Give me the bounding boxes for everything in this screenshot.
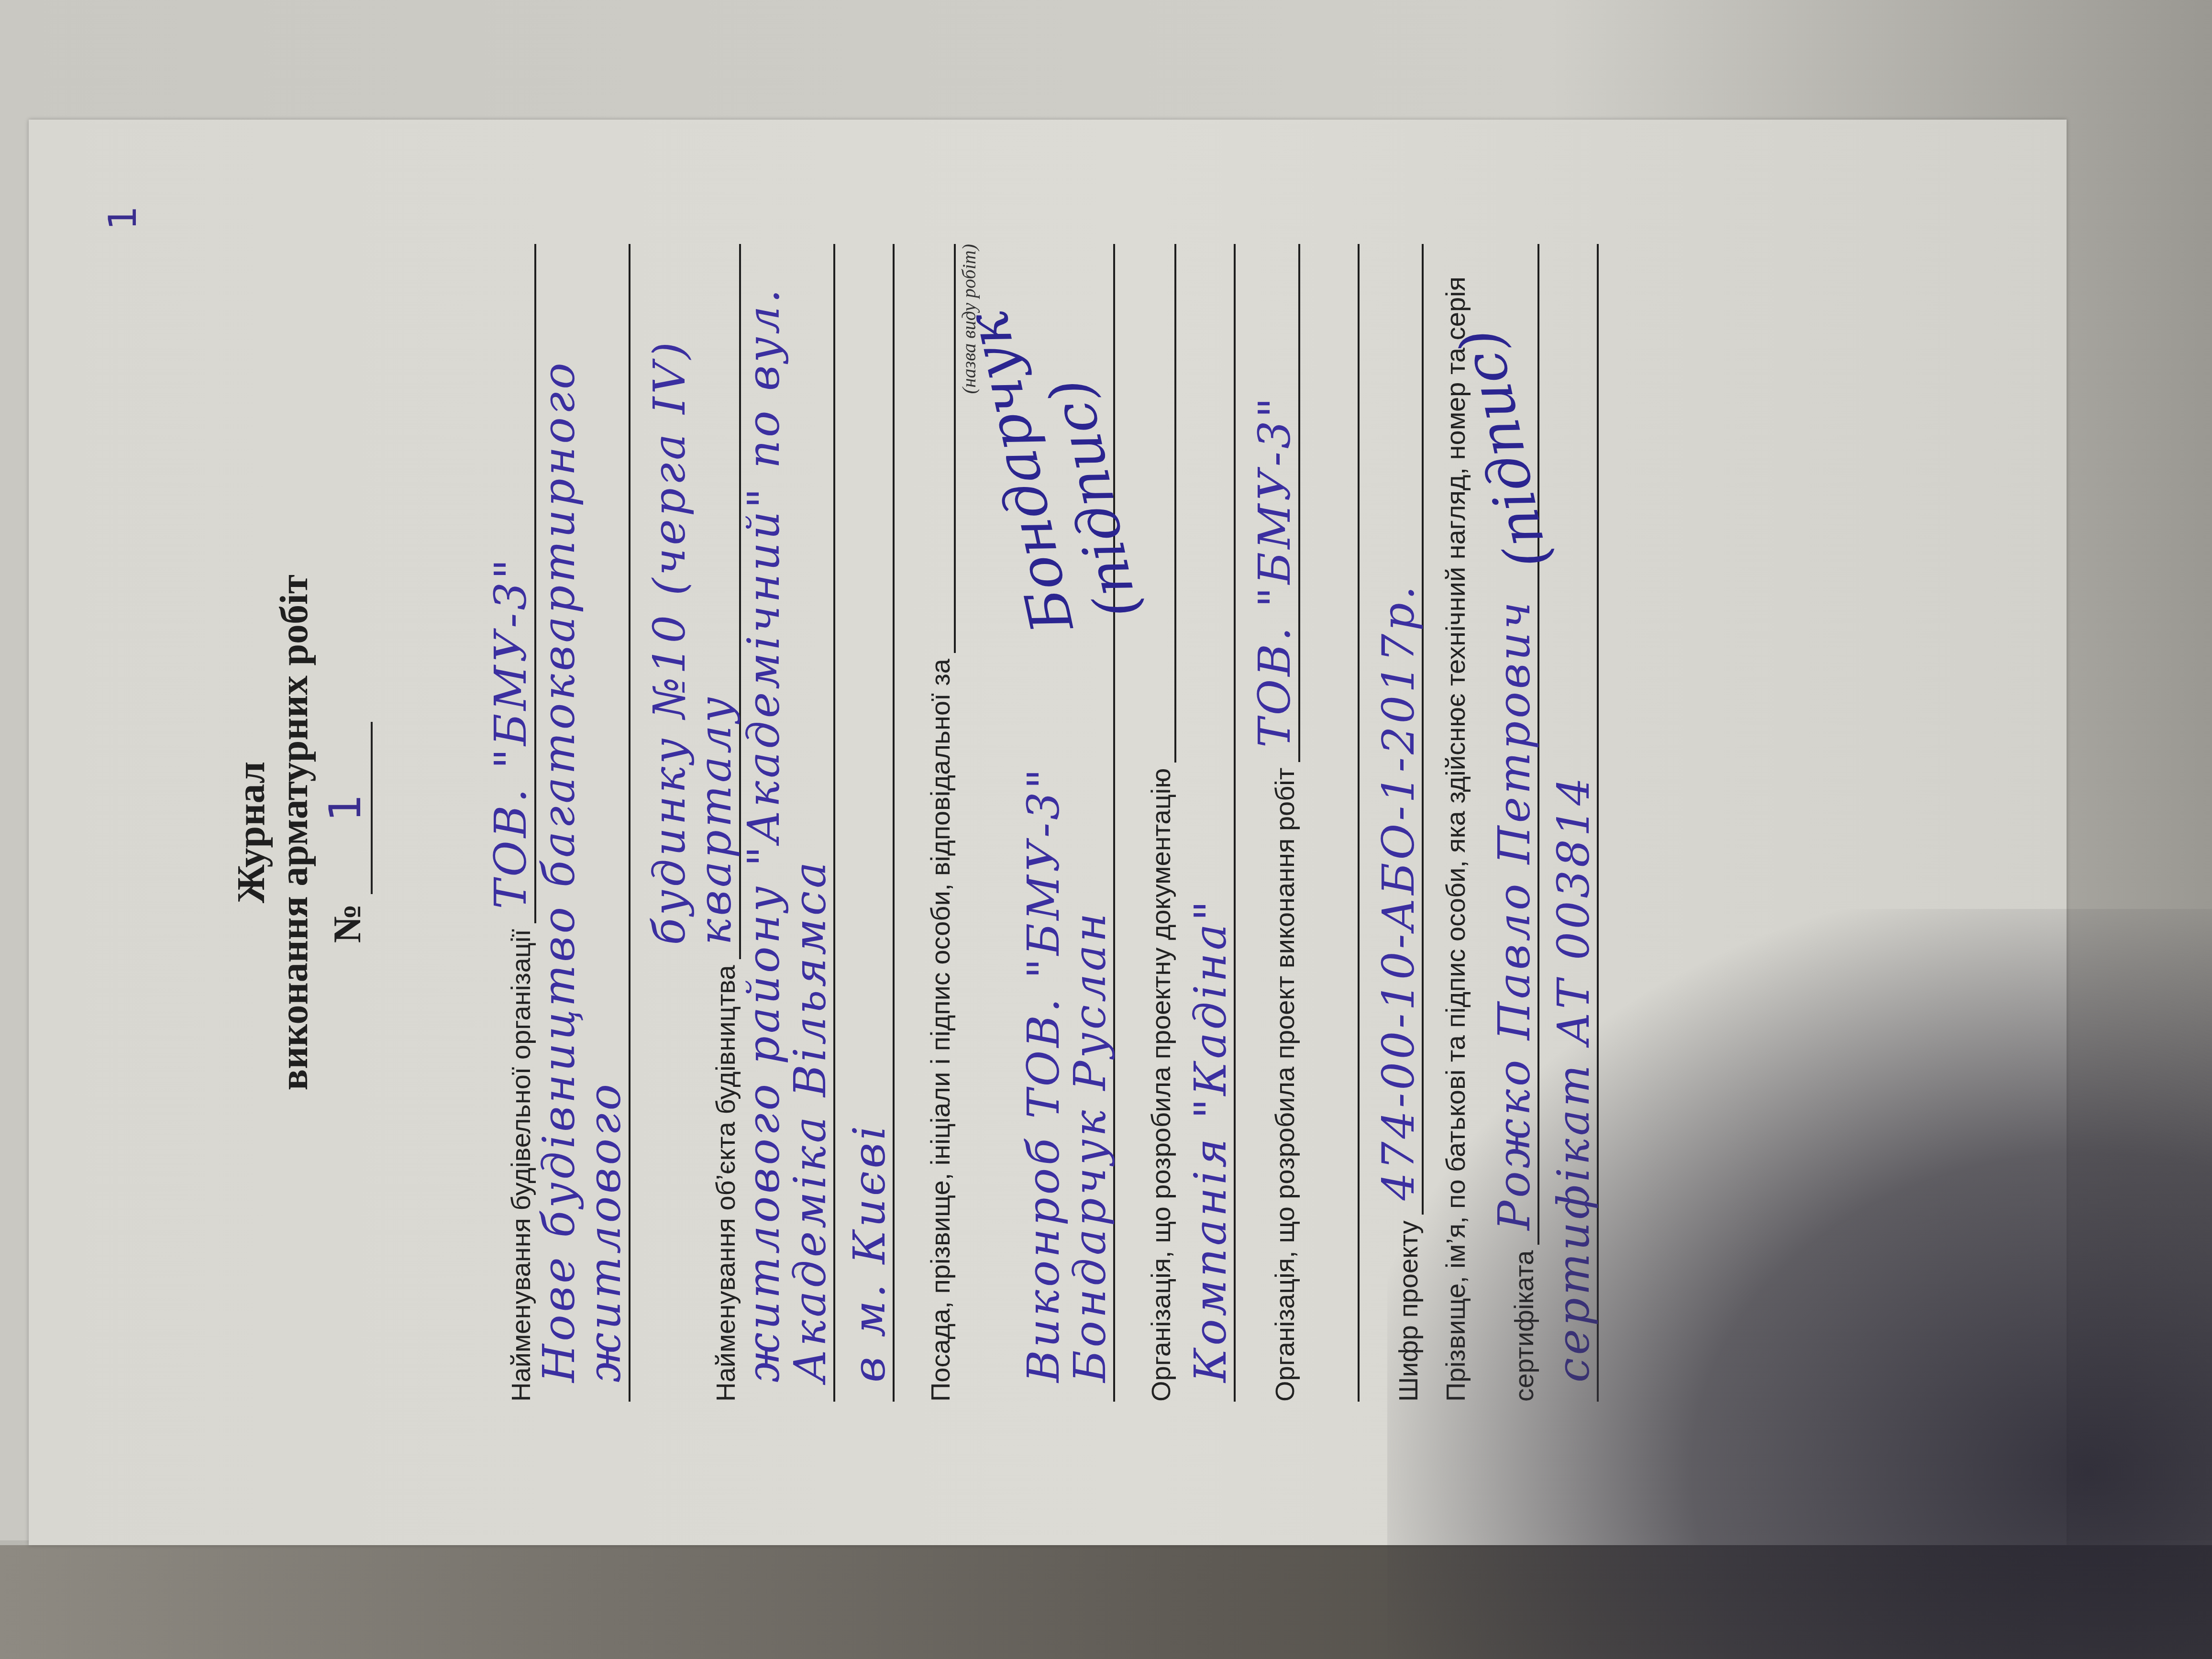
responsible-person-label: Посада, прізвище, ініціали і підпис особ… bbox=[925, 659, 956, 1402]
work-plan-org-line-2[interactable] bbox=[1300, 244, 1360, 1402]
construction-object-field[interactable]: будинку №10 (черга IV) кварталу bbox=[647, 244, 741, 959]
field-project-code: Шифр проекту 474-00-10-АБО-1-2017р. bbox=[1376, 244, 1424, 1402]
construction-object-line-2[interactable]: житлового району "Академічний" по вул. А… bbox=[741, 244, 835, 1402]
page-number: 1 bbox=[100, 206, 145, 230]
number-label: № bbox=[325, 904, 369, 943]
field-project-doc-org: Організація, що розробила проектну докум… bbox=[1131, 244, 1236, 1402]
project-doc-org-value: Компанія "Кадіна" bbox=[1188, 898, 1234, 1382]
project-doc-org-label: Організація, що розробила проектну докум… bbox=[1145, 768, 1176, 1402]
work-type-field[interactable] bbox=[911, 244, 956, 653]
certificate-label: сертифіката bbox=[1508, 1250, 1539, 1402]
construction-object-value-3: в м. Києві bbox=[847, 1123, 893, 1382]
field-tech-supervisor: Прізвище, ім’я, по батькові та підпис ос… bbox=[1440, 244, 1599, 1402]
construction-org-field[interactable]: ТОВ. "БМУ-3" bbox=[488, 244, 536, 923]
work-plan-org-field[interactable]: ТОВ. "БМУ-3" bbox=[1252, 244, 1300, 762]
field-construction-org: Найменування будівельної організації ТОВ… bbox=[488, 244, 630, 1402]
tech-supervisor-value: Рожко Павло Петрович bbox=[1492, 599, 1538, 1230]
project-code-value: 474-00-10-АБО-1-2017р. bbox=[1376, 583, 1422, 1201]
journal-number-field[interactable]: 1 bbox=[321, 722, 373, 894]
field-work-plan-org: Організація, що розробила проект виконан… bbox=[1252, 244, 1360, 1402]
responsible-person-field[interactable]: Виконроб ТОВ. "БМУ-3" Бондарчук Руслан Б… bbox=[980, 244, 1115, 1402]
project-doc-org-line-1[interactable] bbox=[1131, 244, 1176, 763]
tech-supervisor-field[interactable]: Рожко Павло Петрович (підпис) bbox=[1471, 244, 1539, 1245]
page-container: 1 Журнал виконання арматурних робіт № 1 … bbox=[29, 120, 2124, 1545]
journal-subtitle: виконання арматурних робіт bbox=[273, 120, 316, 1545]
project-doc-org-field[interactable]: Компанія "Кадіна" bbox=[1176, 244, 1236, 1402]
construction-object-label: Найменування об’єкта будівництва bbox=[710, 965, 741, 1402]
certificate-field[interactable]: сертифікат АТ 003814 bbox=[1539, 244, 1599, 1402]
journal-number-row: № 1 bbox=[321, 120, 373, 1545]
title-block: Журнал виконання арматурних робіт № 1 bbox=[230, 120, 373, 1545]
form-fields: Найменування будівельної організації ТОВ… bbox=[488, 244, 1615, 1402]
book-edge bbox=[0, 1545, 2212, 1659]
construction-object-line-3[interactable]: в м. Києві bbox=[835, 244, 895, 1402]
construction-object-value-2: житлового району "Академічний" по вул. А… bbox=[741, 244, 833, 1382]
photo-scene: 1 Журнал виконання арматурних робіт № 1 … bbox=[0, 0, 2212, 1659]
project-code-label: Шифр проекту bbox=[1393, 1220, 1424, 1402]
journal-title: Журнал bbox=[230, 120, 273, 1545]
certificate-value: сертифікат АТ 003814 bbox=[1551, 774, 1597, 1382]
project-code-field[interactable]: 474-00-10-АБО-1-2017р. bbox=[1376, 244, 1424, 1215]
construction-org-line-2[interactable]: Нове будівництво багатоквартирного житло… bbox=[536, 244, 630, 1402]
construction-org-label: Найменування будівельної організації bbox=[505, 929, 536, 1402]
responsible-person-value: Виконроб ТОВ. "БМУ-3" Бондарчук Руслан bbox=[1021, 657, 1113, 1382]
construction-org-value-2: Нове будівництво багатоквартирного житло… bbox=[536, 244, 629, 1382]
field-construction-object: Найменування об’єкта будівництва будинку… bbox=[647, 244, 895, 1402]
journal-page: 1 Журнал виконання арматурних робіт № 1 … bbox=[29, 120, 2067, 1545]
work-plan-org-value: ТОВ. "БМУ-3" bbox=[1252, 395, 1298, 747]
construction-org-value: ТОВ. "БМУ-3" bbox=[488, 556, 534, 909]
work-plan-org-label: Організація, що розробила проект виконан… bbox=[1269, 768, 1300, 1402]
field-responsible-person: Посада, прізвище, ініціали і підпис особ… bbox=[911, 244, 1115, 1402]
construction-object-value: будинку №10 (черга IV) кварталу bbox=[647, 244, 739, 945]
